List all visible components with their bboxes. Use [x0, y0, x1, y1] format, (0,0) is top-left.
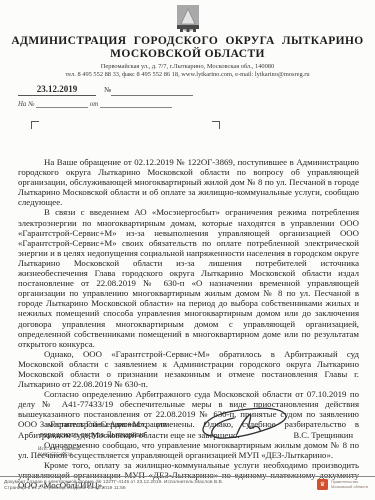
organization-name-line1: АДМИНИСТРАЦИЯ ГОРОДСКОГО ОКРУГА ЛЫТКАРИН…	[0, 35, 375, 47]
government-logo-text: Правительство Московской области	[331, 480, 368, 489]
ref-from-label: от	[90, 101, 98, 108]
outgoing-date-row: 23.12.2019№	[18, 84, 218, 96]
ref-label: На №	[18, 101, 34, 108]
paragraph-3: Однако, ООО «Гарантстрой-Сервис+М» обрат…	[18, 349, 359, 389]
number-blank-line	[111, 86, 193, 96]
government-emblem-icon: ♛	[317, 479, 328, 490]
letter-date: 23.12.2019	[18, 84, 96, 96]
crown-glyph: ♛	[320, 482, 325, 488]
organization-contacts: тел. 8 495 552 88 33, факс 8 495 552 86 …	[0, 71, 375, 78]
handwritten-signature-icon	[182, 404, 302, 455]
paragraph-2: В связи с введением АО «Мосэнергосбыт» о…	[18, 207, 359, 348]
signer-position-line1: Заместитель Главы Администрации	[40, 420, 167, 430]
signer-position-line2: городского округа Лыткарино	[40, 430, 167, 440]
footer-meta-line2: Страница 1 из 2. Страница создана: 20.12…	[4, 486, 223, 492]
ref-date-blank	[100, 100, 172, 108]
organization-address: Первомайская ул., д. 7/7, г.Лыткарино, М…	[0, 63, 375, 70]
footer-meta: Документ создан в электронной форме. № 1…	[4, 480, 223, 492]
paragraph-1: На Ваше обращение от 02.12.2019 № 122ОГ-…	[18, 157, 359, 207]
signer-name: В.С. Трещинкин	[294, 430, 353, 440]
executor-info: Исп. А.Ю. Ерючева 8(495)555-82-30	[38, 447, 80, 459]
reference-row: На № от	[18, 100, 172, 108]
number-label: №	[104, 85, 111, 94]
addressee-corner-mark-left	[31, 121, 39, 129]
signer-position: Заместитель Главы Администрации городско…	[40, 420, 167, 440]
ref-number-blank	[36, 100, 88, 108]
logo-text-line2: Московской области	[331, 485, 368, 490]
addressee-corner-mark-right	[212, 121, 220, 129]
executor-phone: 8(495)555-82-30	[38, 453, 80, 459]
footer-divider	[0, 476, 375, 477]
scanned-letter-page: АДМИНИСТРАЦИЯ ГОРОДСКОГО ОКРУГА ЛЫТКАРИН…	[0, 0, 375, 500]
organization-name-line2: МОСКОВСКОЙ ОБЛАСТИ	[0, 48, 375, 60]
moscow-region-government-logo: ♛ Правительство Московской области	[317, 479, 368, 490]
